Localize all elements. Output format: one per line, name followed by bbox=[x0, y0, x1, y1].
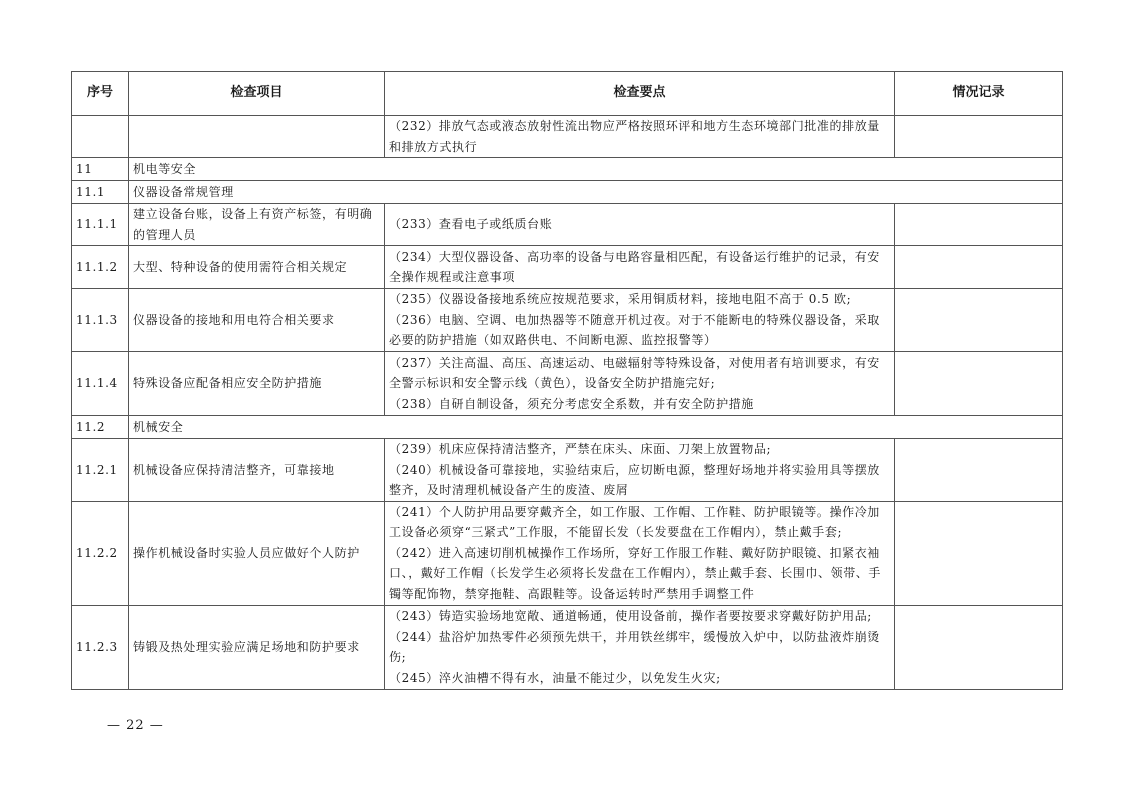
row-points: （234）大型仪器设备、高功率的设备与电路容量相匹配，有设备运行维护的记录，有安… bbox=[385, 246, 895, 289]
check-point: （236）电脑、空调、电加热器等不随意开机过夜。对于不能断电的特殊仪器设备，采取… bbox=[389, 310, 890, 351]
header-serial-number: 序号 bbox=[72, 72, 129, 116]
table-header-row: 序号 检查项目 检查要点 情况记录 bbox=[72, 72, 1063, 116]
row-number: 11.2.1 bbox=[72, 439, 129, 502]
row-points: （235）仪器设备接地系统应按规范要求，采用铜质材料，接地电阻不高于 0.5 欧… bbox=[385, 289, 895, 352]
section-number: 11.1 bbox=[72, 181, 129, 204]
row-number: 11.2.2 bbox=[72, 501, 129, 605]
header-status-record: 情况记录 bbox=[895, 72, 1063, 116]
row-note bbox=[895, 439, 1063, 502]
section-row-11-1: 11.1 仪器设备常规管理 bbox=[72, 181, 1063, 204]
table-row: 11.2.1 机械设备应保持清洁整齐，可靠接地 （239）机床应保持清洁整齐，严… bbox=[72, 439, 1063, 502]
row-item: 特殊设备应配备相应安全防护措施 bbox=[129, 352, 385, 416]
check-point: （245）淬火油槽不得有水，油量不能过少，以免发生火灾; bbox=[389, 668, 890, 689]
section-row-11-2: 11.2 机械安全 bbox=[72, 416, 1063, 439]
table-row: 11.2.3 铸锻及热处理实验应满足场地和防护要求 （243）铸造实验场地宽敞、… bbox=[72, 605, 1063, 689]
table-row: 11.1.4 特殊设备应配备相应安全防护措施 （237）关注高温、高压、高速运动… bbox=[72, 352, 1063, 416]
row-points: （233）查看电子或纸质台账 bbox=[385, 204, 895, 246]
row-note bbox=[895, 352, 1063, 416]
row-note bbox=[895, 501, 1063, 605]
check-point: （239）机床应保持清洁整齐，严禁在床头、床面、刀架上放置物品; bbox=[389, 439, 890, 460]
row-points: （237）关注高温、高压、高速运动、电磁辐射等特殊设备，对使用者有培训要求，有安… bbox=[385, 352, 895, 416]
check-point: （240）机械设备可靠接地，实验结束后，应切断电源，整理好场地并将实验用具等摆放… bbox=[389, 460, 890, 501]
row-item: 仪器设备的接地和用电符合相关要求 bbox=[129, 289, 385, 352]
table-row: （232）排放气态或液态放射性流出物应严格按照环评和地方生态环境部门批准的排放量… bbox=[72, 116, 1063, 158]
row-points: （241）个人防护用品要穿戴齐全，如工作服、工作帽、工作鞋、防护眼镜等。操作冷加… bbox=[385, 501, 895, 605]
table-row: 11.2.2 操作机械设备时实验人员应做好个人防护 （241）个人防护用品要穿戴… bbox=[72, 501, 1063, 605]
row-number: 11.1.1 bbox=[72, 204, 129, 246]
check-point: （241）个人防护用品要穿戴齐全，如工作服、工作帽、工作鞋、防护眼镜等。操作冷加… bbox=[389, 502, 890, 543]
row-number bbox=[72, 116, 129, 158]
section-row-11: 11 机电等安全 bbox=[72, 158, 1063, 181]
row-note bbox=[895, 116, 1063, 158]
section-title: 机电等安全 bbox=[129, 158, 1063, 181]
check-point: （243）铸造实验场地宽敞、通道畅通，使用设备前，操作者要按要求穿戴好防护用品; bbox=[389, 606, 890, 627]
row-item: 建立设备台账，设备上有资产标签，有明确的管理人员 bbox=[129, 204, 385, 246]
row-item bbox=[129, 116, 385, 158]
table-row: 11.1.1 建立设备台账，设备上有资产标签，有明确的管理人员 （233）查看电… bbox=[72, 204, 1063, 246]
check-point: （232）排放气态或液态放射性流出物应严格按照环评和地方生态环境部门批准的排放量… bbox=[389, 116, 890, 157]
table-row: 11.1.2 大型、特种设备的使用需符合相关规定 （234）大型仪器设备、高功率… bbox=[72, 246, 1063, 289]
check-point: （235）仪器设备接地系统应按规范要求，采用铜质材料，接地电阻不高于 0.5 欧… bbox=[389, 289, 890, 310]
row-note bbox=[895, 289, 1063, 352]
section-number: 11 bbox=[72, 158, 129, 181]
row-item: 机械设备应保持清洁整齐，可靠接地 bbox=[129, 439, 385, 502]
row-number: 11.1.2 bbox=[72, 246, 129, 289]
row-item: 大型、特种设备的使用需符合相关规定 bbox=[129, 246, 385, 289]
page-number: — 22 — bbox=[107, 718, 164, 733]
row-note bbox=[895, 246, 1063, 289]
row-points: （243）铸造实验场地宽敞、通道畅通，使用设备前，操作者要按要求穿戴好防护用品;… bbox=[385, 605, 895, 689]
row-note bbox=[895, 605, 1063, 689]
check-point: （237）关注高温、高压、高速运动、电磁辐射等特殊设备，对使用者有培训要求，有安… bbox=[389, 353, 890, 394]
row-number: 11.1.3 bbox=[72, 289, 129, 352]
inspection-table: 序号 检查项目 检查要点 情况记录 （232）排放气态或液态放射性流出物应严格按… bbox=[71, 71, 1063, 690]
check-point: （244）盐浴炉加热零件必须预先烘干，并用铁丝绑牢，缓慢放入炉中，以防盐液炸崩烫… bbox=[389, 627, 890, 668]
row-points: （239）机床应保持清洁整齐，严禁在床头、床面、刀架上放置物品; （240）机械… bbox=[385, 439, 895, 502]
header-inspection-points: 检查要点 bbox=[385, 72, 895, 116]
row-item: 铸锻及热处理实验应满足场地和防护要求 bbox=[129, 605, 385, 689]
row-points: （232）排放气态或液态放射性流出物应严格按照环评和地方生态环境部门批准的排放量… bbox=[385, 116, 895, 158]
section-number: 11.2 bbox=[72, 416, 129, 439]
check-point: （234）大型仪器设备、高功率的设备与电路容量相匹配，有设备运行维护的记录，有安… bbox=[389, 247, 890, 288]
row-note bbox=[895, 204, 1063, 246]
check-point: （238）自研自制设备，须充分考虑安全系数，并有安全防护措施 bbox=[389, 394, 890, 415]
section-title: 机械安全 bbox=[129, 416, 1063, 439]
table-row: 11.1.3 仪器设备的接地和用电符合相关要求 （235）仪器设备接地系统应按规… bbox=[72, 289, 1063, 352]
section-title: 仪器设备常规管理 bbox=[129, 181, 1063, 204]
row-item: 操作机械设备时实验人员应做好个人防护 bbox=[129, 501, 385, 605]
check-point: （233）查看电子或纸质台账 bbox=[389, 214, 890, 235]
check-point: （242）进入高速切削机械操作工作场所，穿好工作服工作鞋、戴好防护眼镜、扣紧衣袖… bbox=[389, 543, 890, 605]
row-number: 11.2.3 bbox=[72, 605, 129, 689]
header-inspection-item: 检查项目 bbox=[129, 72, 385, 116]
row-number: 11.1.4 bbox=[72, 352, 129, 416]
